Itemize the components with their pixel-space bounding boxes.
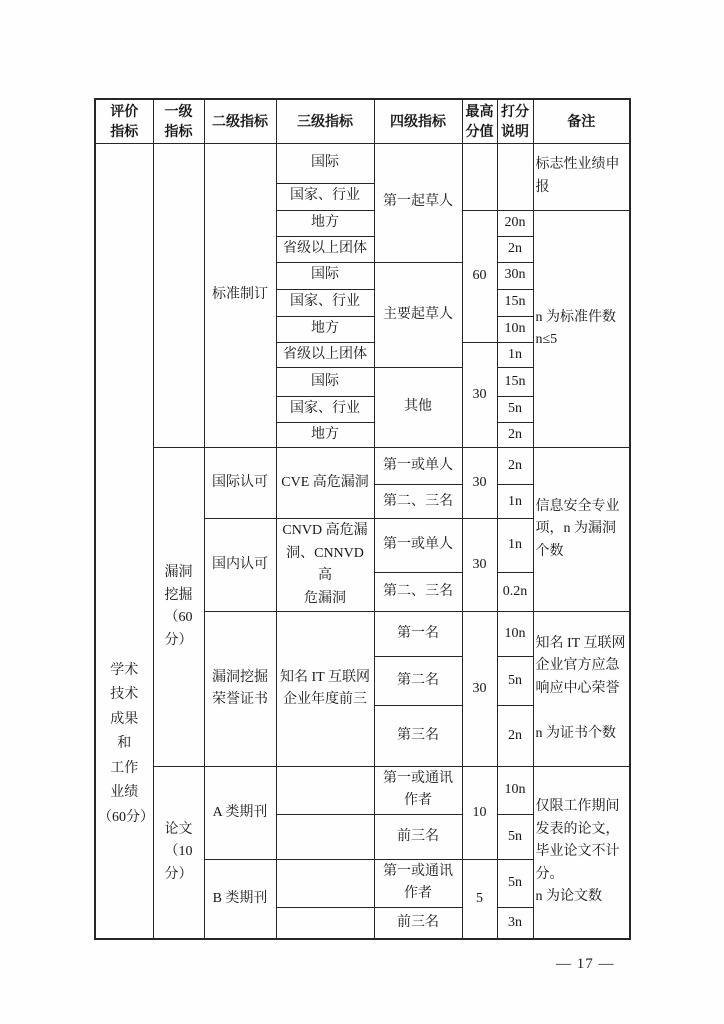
cell-score-15n: 15n [497,289,533,316]
cell-scope-local: 地方 [276,422,374,447]
cell-level2-intl-recognized: 国际认可 [204,448,276,519]
cell-role-first-or-solo: 第一或单人 [374,519,462,573]
table-header-row: 评价 指标 一级 指标 二级指标 三级指标 四级指标 最高 分值 打分 说明 备… [95,99,630,143]
cell-level3-cnvd-cnnvd: CNVD 高危漏 洞、CNNVD 高 危漏洞 [276,519,374,612]
cell-level2-standards: 标准制订 [204,143,276,448]
cell-category-academic-achievements: 学术 技术 成果 和 工作 业绩 （60分） [95,143,153,939]
cell-score-5n: 5n [497,396,533,422]
cell-max-60: 60 [462,210,497,342]
document-page: 评价 指标 一级 指标 二级指标 三级指标 四级指标 最高 分值 打分 说明 备… [0,0,724,1024]
cell-note-papers: 仅限工作期间发表的论文，毕业论文不计分。 n 为论文数 [533,766,630,939]
cell-level2-journal-a: A 类期刊 [204,766,276,859]
cell-role-top-three: 前三名 [374,814,462,859]
cell-level3-top3-it-companies: 知名 IT 互联网 企业年度前三 [276,611,374,766]
cell-score-2n: 2n [497,448,533,485]
cell-role-first-drafter: 第一起草人 [374,143,462,262]
cell-level3-empty [276,907,374,939]
cell-score-1n: 1n [497,519,533,573]
cell-score-10n: 10n [497,766,533,814]
cell-max-30: 30 [462,519,497,612]
cell-role-other: 其他 [374,367,462,447]
cell-role-first-or-corresponding: 第一或通讯 作者 [374,766,462,814]
cell-rank-first: 第一名 [374,611,462,656]
cell-score-10n: 10n [497,316,533,342]
cell-score-5n: 5n [497,859,533,907]
cell-score-20n: 20n [497,210,533,236]
cell-scope-international: 国际 [276,262,374,289]
cell-scope-provincial-group: 省级以上团体 [276,342,374,367]
cell-level1-vuln-mining: 漏洞 挖掘 （60 分） [153,448,204,767]
cell-score-5n: 5n [497,656,533,705]
cell-level3-empty [276,766,374,814]
cell-score-2n: 2n [497,705,533,766]
cell-level1-empty [153,143,204,448]
cell-max-empty [462,143,497,210]
cell-level2-journal-b: B 类期刊 [204,859,276,939]
cell-note-standard-count: n 为标准件数 n≤5 [533,210,630,448]
cell-role-second-third: 第二、三名 [374,572,462,611]
cell-score-5n: 5n [497,814,533,859]
cell-max-30: 30 [462,611,497,766]
cell-role-first-or-solo: 第一或单人 [374,448,462,485]
cell-level1-papers: 论文 （10 分） [153,766,204,939]
cell-role-second-third: 第二、三名 [374,485,462,519]
cell-max-30: 30 [462,448,497,519]
cell-score-1n: 1n [497,485,533,519]
cell-scope-international: 国际 [276,143,374,183]
header-remarks: 备注 [533,99,630,143]
cell-role-main-drafter: 主要起草人 [374,262,462,367]
header-level4-indicator: 四级指标 [374,99,462,143]
cell-rank-second: 第二名 [374,656,462,705]
page-number: — 17 — [556,956,615,973]
cell-score-2n: 2n [497,236,533,262]
cell-max-5: 5 [462,859,497,939]
header-max-score: 最高 分值 [462,99,497,143]
cell-scope-national-industry: 国家、行业 [276,289,374,316]
cell-score-empty [497,143,533,210]
cell-max-30: 30 [462,342,497,448]
cell-score-10n: 10n [497,611,533,656]
cell-score-30n: 30n [497,262,533,289]
cell-scope-provincial-group: 省级以上团体 [276,236,374,262]
cell-scope-international: 国际 [276,367,374,396]
table-row: 论文 （10 分） A 类期刊 第一或通讯 作者 10 10n 仅限工作期间发表… [95,766,630,814]
cell-note-honor-cert: 知名 IT 互联网企业官方应急响应中心荣誉 n 为证书个数 [533,611,630,766]
evaluation-criteria-table: 评价 指标 一级 指标 二级指标 三级指标 四级指标 最高 分值 打分 说明 备… [94,98,631,940]
cell-score-2n: 2n [497,422,533,447]
cell-max-10: 10 [462,766,497,859]
table-row: 漏洞 挖掘 （60 分） 国际认可 CVE 高危漏洞 第一或单人 30 2n 信… [95,448,630,485]
cell-level3-cve: CVE 高危漏洞 [276,448,374,519]
header-eval-indicator: 评价 指标 [95,99,153,143]
cell-rank-third: 第三名 [374,705,462,766]
cell-scope-local: 地方 [276,210,374,236]
cell-score-15n: 15n [497,367,533,396]
cell-level2-domestic-recognized: 国内认可 [204,519,276,612]
cell-note-infosec: 信息安全专业项，n 为漏洞个数 [533,448,630,612]
cell-scope-local: 地方 [276,316,374,342]
header-level3-indicator: 三级指标 [276,99,374,143]
cell-role-top-three: 前三名 [374,907,462,939]
cell-score-1n: 1n [497,342,533,367]
cell-score-0-2n: 0.2n [497,572,533,611]
header-level2-indicator: 二级指标 [204,99,276,143]
cell-score-3n: 3n [497,907,533,939]
cell-role-first-or-corresponding: 第一或通讯 作者 [374,859,462,907]
cell-level2-honor-certificate: 漏洞挖掘荣誉证书 [204,611,276,766]
header-level1-indicator: 一级 指标 [153,99,204,143]
cell-scope-national-industry: 国家、行业 [276,396,374,422]
cell-scope-national-industry: 国家、行业 [276,183,374,210]
cell-level3-empty [276,814,374,859]
cell-level3-empty [276,859,374,907]
table-row: 学术 技术 成果 和 工作 业绩 （60分） 标准制订 国际 第一起草人 标志性… [95,143,630,183]
header-scoring-note: 打分 说明 [497,99,533,143]
cell-note-landmark: 标志性业绩申报 [533,143,630,210]
